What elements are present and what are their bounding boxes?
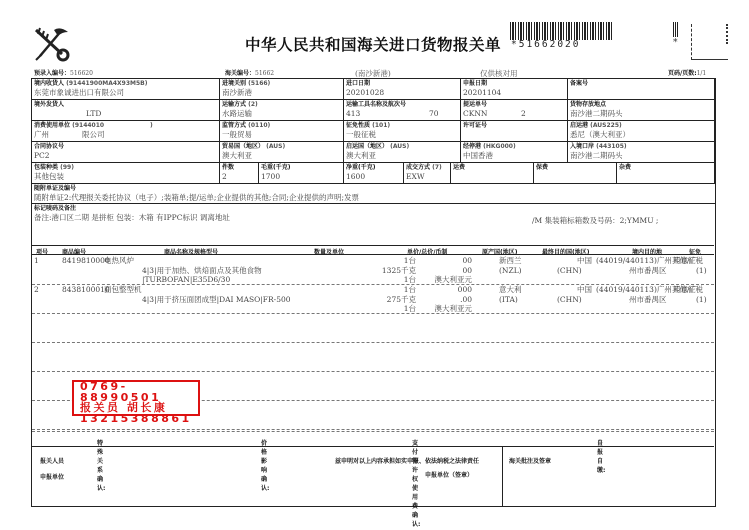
declaration-form: 境内收货人 (91441900MA4X93M5B) 东莞市象诚进出口有限公司 进…	[31, 78, 716, 507]
cell-levy-0: 照章征税	[673, 256, 703, 266]
field-consumer: 消费使用单位 (9144010) 广州限公司	[32, 121, 220, 142]
cell-qty-2: 1台	[404, 304, 416, 314]
field-trade-country: 贸易国（地区） (AUS) 澳大利亚	[220, 142, 344, 163]
field-import-date: 进口日期 20201028	[344, 79, 461, 100]
confirmations-row: 特殊关系确认:否 价格影响确认:否 支付特许权使用费确认:否 自报自缴:是	[32, 431, 714, 447]
declarant-stamp: 0769-88990501 报关员 胡长康 13215388861	[72, 380, 200, 416]
cell-code: 8419810000	[62, 256, 110, 266]
legal-statement: 兹申明对以上内容承担如实申报、依法纳税之法律责任	[335, 456, 479, 465]
cell-dest-domestic-1: 州市番禺区	[629, 266, 667, 276]
field-package-type: 包装种类 (99) 其他包装	[32, 163, 220, 184]
field-transit-port: 经停港 (HKG000) 中国香港	[461, 142, 568, 163]
cell-price-1: 00	[462, 266, 472, 276]
cell-origin-0: 意大利	[499, 285, 522, 295]
field-bill-no: 提运单号 CKNN2	[461, 100, 568, 121]
field-consignee: 境内收货人 (91441900MA4X93M5B) 东莞市象诚进出口有限公司	[32, 79, 220, 100]
cell-qty-1: 1325千克	[382, 266, 416, 276]
barcode	[510, 22, 613, 40]
field-trade-terms: 成交方式 (7) EXW	[404, 163, 451, 184]
cell-origin-1: (NZL)	[499, 266, 522, 276]
field-record-no: 备案号	[568, 79, 715, 100]
field-entry-customs: 进境关别 (5166) 南沙新港	[220, 79, 344, 100]
small-barcode-text: *	[673, 38, 678, 48]
cell-code: 8438100010	[62, 285, 110, 295]
table-row: 18419810000电热风炉4|3|用于加热、烘焙面点及其他食物|TURBOF…	[32, 256, 714, 285]
cell-qty-0: 1台	[404, 256, 416, 266]
cell-dest-country-1: (CHN)	[557, 295, 582, 305]
cell-spec: 4|3|用于加热、烘焙面点及其他食物	[142, 266, 262, 276]
field-license-no: 许可证号	[461, 121, 568, 142]
cell-levy-0: 照章征税	[673, 285, 703, 295]
cell-dest-country-0: 中国	[577, 256, 592, 266]
table-row	[32, 343, 714, 372]
cell-price-0: 00	[462, 256, 472, 266]
field-contract-no: 合同协议号 PC2	[32, 142, 220, 163]
page-title: 中华人民共和国海关进口货物报关单	[245, 33, 501, 55]
field-levy-nature: 征免性质 (101) 一般征税	[344, 121, 461, 142]
field-gross-weight: 毛重(千克) 1700	[259, 163, 344, 184]
footer-divider	[502, 447, 503, 506]
barcode-text: *51662020	[511, 39, 580, 50]
field-pieces: 件数 2	[220, 163, 259, 184]
cell-dest-domestic-1: 州市番禺区	[629, 295, 667, 305]
field-net-weight: 净重(千克) 1600	[344, 163, 404, 184]
cell-qty-1: 275千克	[387, 295, 416, 305]
pre-entry-number: 预录入编号：516620	[34, 68, 93, 77]
declare-unit-label: 申报单位	[40, 472, 64, 481]
field-entry-port: 入境口岸 (443105) 南沙港二期码头	[568, 142, 715, 163]
cell-origin-1: (ITA)	[499, 295, 518, 305]
field-marks: 标记唛码及备注 备注:港口区二期 是拼柜 包装：木箱 有IPPC标识 调离地址 …	[32, 204, 715, 245]
unit-seal-label: 申报单位（签章）	[425, 470, 473, 479]
cell-dest-country-0: 中国	[577, 285, 592, 295]
field-freight: 运费	[451, 163, 534, 184]
cell-no: 2	[34, 285, 39, 295]
cell-model: |TURBOFAN|E35D6/30	[142, 275, 230, 285]
field-insurance: 保费	[534, 163, 617, 184]
table-row	[32, 314, 714, 343]
cell-price-2: 澳大利亚元	[435, 275, 473, 285]
field-storage-place: 货物存放地点 南沙港二期码头	[568, 100, 715, 121]
cell-origin-0: 新西兰	[499, 256, 522, 266]
cell-no: 1	[34, 256, 39, 266]
cell-qty-0: 1台	[404, 285, 416, 295]
field-vessel: 运输工具名称及航次号 41370	[344, 100, 461, 121]
cell-name: 面包整型机	[104, 285, 142, 295]
field-overseas-shipper: 境外发货人 LTD	[32, 100, 220, 121]
customs-seal-label: 海关批注及签章	[509, 456, 551, 465]
small-barcode	[673, 22, 679, 37]
table-row: 28438100010面包整型机4|3|用于挤压面团成型|DAI MASO|FR…	[32, 285, 714, 314]
field-transport-mode: 运输方式 (2) 水路运输	[220, 100, 344, 121]
field-declare-date: 申报日期 20201104	[461, 79, 568, 100]
cell-levy-1: (1)	[696, 266, 707, 276]
field-supervision: 监管方式 (0110) 一般贸易	[220, 121, 344, 142]
page-number: 页码/页数:1/1	[668, 68, 706, 77]
cell-spec: 4|3|用于挤压面团成型|DAI MASO|FR-500	[142, 295, 291, 305]
corner-mark	[691, 24, 728, 60]
cell-qty-2: 1台	[404, 275, 416, 285]
field-documents: 随附单证及编号 随附单证2:代理报关委托协议（电子）;装箱单;提/运单;企业提供…	[32, 184, 715, 204]
field-departure-port: 启运港 (AUS225) 悉尼（澳大利亚）	[568, 121, 715, 142]
cell-levy-1: (1)	[696, 295, 707, 305]
cell-price-0: 000	[458, 285, 472, 295]
field-origin-country: 启运国（地区） (AUS) 澳大利亚	[344, 142, 461, 163]
items-table-header: 项号 商品编号 商品名称及规格型号 数量及单位 单价/总价/币制 原产国(地区)…	[32, 245, 714, 255]
declarant-label: 报关人员	[40, 456, 64, 465]
customs-number: 海关编号：51662	[225, 68, 274, 77]
cell-price-2: 澳大利亚元	[435, 304, 473, 314]
cell-dest-country-1: (CHN)	[557, 266, 582, 276]
customs-emblem-icon	[32, 26, 72, 62]
cell-price-1: .00	[460, 295, 472, 305]
field-misc: 杂费	[617, 163, 715, 184]
cell-name: 电热风炉	[104, 256, 134, 266]
